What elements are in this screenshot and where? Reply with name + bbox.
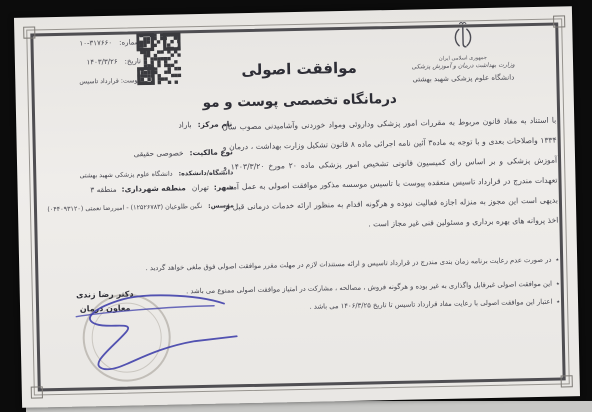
asterisk-marker: ٭ (556, 280, 560, 288)
signature-block: دکتر رضا زندی معاون درمان (44, 287, 167, 318)
serial-value: ۱۰-۳۱۷۶۶۰ (79, 38, 112, 50)
field-city: شهر: تهران (192, 182, 234, 192)
document-subtitle: درمانگاه تخصصی پوست و مو (46, 88, 554, 115)
asterisk-marker: ٭ (556, 298, 560, 306)
signatory-role: معاون درمان (44, 301, 166, 318)
scan-background: شماره: ۱۰-۳۱۷۶۶۰ تاریخ: ۱۴۰۳/۳/۲۶ پیوست:… (0, 0, 592, 412)
field-university: دانشگاه/دانشکده: دانشگاه علوم پزشکی شهید… (47, 168, 233, 180)
certificate-content: شماره: ۱۰-۳۱۷۶۶۰ تاریخ: ۱۴۰۳/۳/۲۶ پیوست:… (14, 6, 580, 408)
field-city-district: شهر: تهران منطقه شهرداری: منطقه ۳ (48, 182, 234, 195)
iran-emblem-icon (394, 19, 531, 56)
certificate-paper: شماره: ۱۰-۳۱۷۶۶۰ تاریخ: ۱۴۰۳/۳/۲۶ پیوست:… (14, 6, 580, 408)
field-district: منطقه شهرداری: منطقه ۳ (90, 183, 186, 194)
serial-row: شماره: ۱۰-۳۱۷۶۶۰ (54, 37, 140, 50)
field-founders: موسس: نگین طلوعیان (۱۲۵۲۶۷۸۳) - امیررضا … (48, 201, 234, 213)
field-ownership-type: نوع مالکیت: خصوصی حقیقی (47, 147, 233, 160)
legal-paragraph: با استناد به مفاد قانون مربوط به مقررات … (222, 111, 558, 238)
note-item: ٭در صورت عدم رعایت برنامه زمان بندی مندر… (43, 255, 559, 277)
fields-block: نام مرکز: باراد نوع مالکیت: خصوصی حقیقی … (46, 119, 232, 123)
asterisk-marker: ٭ (555, 256, 559, 264)
field-center-name: نام مرکز: باراد (46, 119, 232, 132)
